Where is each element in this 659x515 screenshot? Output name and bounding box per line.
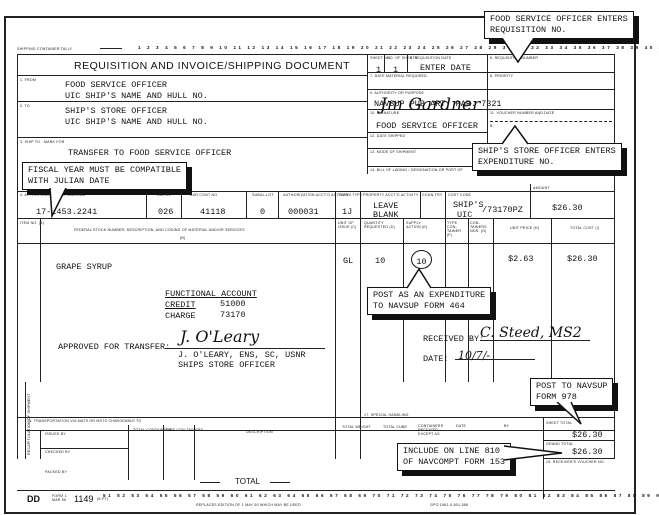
callout-pointer-icon: [405, 268, 435, 289]
containers-label: CON-TAINERS NOS. (g): [470, 221, 490, 233]
unit-price: $2.63: [508, 254, 534, 264]
type-container-label: TYPE CON-TAINER (f): [447, 221, 467, 237]
amount-value: $26.30: [552, 203, 583, 213]
property-value2: BLANK: [373, 210, 399, 220]
voucher-sub: b.: [490, 124, 494, 128]
charge-label: CHARGE: [165, 311, 196, 321]
received-label: RECEIVED BY:: [423, 334, 484, 344]
cost-code-label: COST CODE: [448, 193, 471, 197]
unit-price-label: UNIT PRICE (h): [510, 226, 539, 230]
receipt-date-label: DATE: [456, 424, 466, 428]
suballot-label: SUBAL-LOT: [252, 193, 274, 197]
total-label: TOTAL: [235, 477, 260, 486]
form-title: REQUISITION AND INVOICE/SHIPPING DOCUMEN…: [74, 60, 350, 72]
bur-cont-value: 41118: [200, 207, 226, 217]
approved-label: APPROVED FOR TRANSFER:: [58, 342, 170, 352]
amount-label: AMOUNT: [533, 186, 550, 190]
priority-label: 8. PRIORITY: [490, 74, 513, 78]
description-label: DESCRIPTION: [246, 430, 273, 434]
trans-type-value: 1J: [342, 207, 352, 217]
fsn-label: FEDERAL STOCK NUMBER, DESCRIPTION, AND C…: [74, 228, 245, 232]
tally-numbers-top: 1 2 3 4 5 6 7 8 9 10 11 12 13 14 15 16 1…: [138, 45, 659, 50]
trans-type-label: TRANS TYPE: [338, 193, 363, 197]
from-label: 1. FROM: [20, 78, 36, 82]
supply-action-circle: 10: [411, 250, 432, 269]
sheet-total-value: $26.30: [572, 430, 603, 440]
obj-class-value: 026: [158, 207, 173, 217]
auth-acct-value: 000031: [288, 207, 319, 217]
callout-include-line: INCLUDE ON LINE 810 OF NAVCOMPT FORM 153: [397, 443, 511, 471]
to-line2: UIC SHIP'S NAME AND HULL NO.: [65, 117, 208, 127]
food-service-officer-signature: Jm Gardner: [380, 95, 480, 115]
date-required-label: 7. DATE MATERIAL REQUIRED: [370, 74, 427, 78]
callout-post-expenditure: POST AS AN EXPENDITURE TO NAVSUP FORM 46…: [367, 287, 491, 315]
cost-code-line1: SHIP'S: [453, 200, 484, 210]
form-suffix: (8-PT): [97, 497, 108, 501]
type-containers-label: TYPE CON-TAINERS: [165, 428, 203, 432]
received-signature: C. Steed, MS2: [480, 325, 582, 341]
form-date-label: FORM 1 MAR 56: [52, 494, 72, 502]
ship-to-label: 3. SHIP TO - MARK FOR: [20, 140, 65, 144]
checked-by-label: CHECKED BY: [45, 450, 70, 454]
to-line1: SHIP'S STORE OFFICER: [65, 106, 167, 116]
total-weight-label: TOTAL WEIGHT: [342, 425, 371, 429]
date-shipped-label: 12. DATE SHIPPED: [370, 134, 405, 138]
from-line2: UIC SHIP'S NAME AND HULL NO.: [65, 91, 208, 101]
tally-arrow-icon: [100, 48, 122, 49]
bill-label: 14. BILL OF LADING / DESIGNATION OR PORT…: [370, 168, 463, 172]
issued-by-label: ISSUED BY: [45, 432, 66, 436]
supply-action-value: 10: [416, 257, 426, 267]
approved-title: SHIPS STORE OFFICER: [178, 360, 275, 370]
cost-code-suffix: /73170PZ: [482, 205, 523, 215]
item-label: ITEM NO. (a): [20, 221, 44, 225]
packed-by-label: PACKED BY: [45, 470, 67, 474]
replaces-note: REPLACES EDITION OF 1 MAY 50 WHICH MAY B…: [196, 503, 301, 507]
form-dd: DD: [27, 494, 40, 504]
callout-pointer-icon: [555, 402, 585, 426]
callout-pointer-icon: [500, 125, 530, 145]
cost-code-line2: UIC: [457, 210, 472, 220]
from-line1: FOOD SERVICE OFFICER: [65, 80, 167, 90]
callout-fiscal-year: FISCAL YEAR MUST BE COMPATIBLE WITH JULI…: [22, 162, 187, 190]
side-vertical-label: RECAPITULATION OF SHIPMENT: [27, 435, 31, 455]
property-label: PROPERTY ACCT'G ACTIVITY: [363, 193, 418, 197]
received-date: 10/7/-: [458, 349, 490, 362]
tally-numbers-bottom: 51 52 53 54 55 56 57 58 59 60 61 62 63 6…: [103, 493, 659, 498]
supply-action-label: SUPPLY ACTION (e): [406, 221, 432, 229]
gpo-note: GPO 1961-0-601-566: [430, 503, 468, 507]
date-label: DATE:: [423, 354, 449, 364]
to-label: 2. TO: [20, 104, 30, 108]
callout-requisition-no: FOOD SERVICE OFFICER ENTERS REQUISITION …: [484, 11, 634, 39]
grand-total-value: $26.30: [572, 447, 603, 457]
callout-pointer-icon: [44, 188, 74, 218]
callout-expenditure-no: SHIP'S STORE OFFICER ENTERS EXPENDITURE …: [472, 143, 622, 171]
total-cube-label: TOTAL CUBE: [383, 425, 407, 429]
approved-signature: J. O'Leary: [180, 327, 259, 346]
form-number: 1149: [74, 494, 93, 504]
approved-name: J. O'LEARY, ENS, SC, USNR: [178, 350, 306, 360]
item-description: GRAPE SYRUP: [56, 262, 112, 272]
fsn-sub: (b): [180, 236, 185, 240]
qty-requested: 10: [375, 256, 385, 266]
functional-account-heading: FUNCTIONAL ACCOUNT: [165, 289, 257, 299]
voucher-label: 11. VOUCHER NUMBER AND DATE: [490, 111, 554, 115]
ship-to-value: TRANSFER TO FOOD SERVICE OFFICER: [68, 148, 231, 158]
transport-label: 16. TRANSPORTATION VIA MATS OR MSTS CHAR…: [27, 419, 141, 423]
req-date-label: 5. REQUISITION DATE: [410, 56, 451, 60]
credit-label: CREDIT: [165, 300, 196, 310]
charge-value: 73170: [220, 310, 246, 320]
total-right-arrow-icon: [270, 482, 290, 483]
obj-class-label: OBJ CL: [157, 193, 171, 197]
container-received-label: CONTAINERS RECEIVED EXCEPT AS: [418, 424, 448, 436]
shipping-tally-label: SHIPPING CONTAINER TALLY: [17, 47, 72, 51]
suballot-value: 0: [260, 207, 265, 217]
total-cost: $26.30: [567, 254, 598, 264]
received-by-label: BY: [504, 424, 509, 428]
signature-title: FOOD SERVICE OFFICER: [376, 121, 478, 131]
qty-requested-label: QUANTITY REQUESTED (d): [364, 221, 400, 229]
total-cost-label: TOTAL COST (i): [570, 226, 599, 230]
bur-cont-label: BUR CONT NO: [190, 193, 217, 197]
country-label: COUN-TRY: [422, 193, 443, 197]
callout-pointer-icon: [504, 444, 564, 462]
special-handling-label: 17. SPECIAL HANDLING: [364, 413, 409, 417]
mode-label: 13. MODE OF SHIPMENT: [370, 150, 416, 154]
unit-issue-label: UNIT OF ISSUE (c): [338, 221, 358, 229]
credit-value: 51000: [220, 299, 246, 309]
total-left-arrow-icon: [200, 482, 220, 483]
unit-of-issue: GL: [343, 256, 353, 266]
callout-pointer-icon: [500, 38, 540, 64]
